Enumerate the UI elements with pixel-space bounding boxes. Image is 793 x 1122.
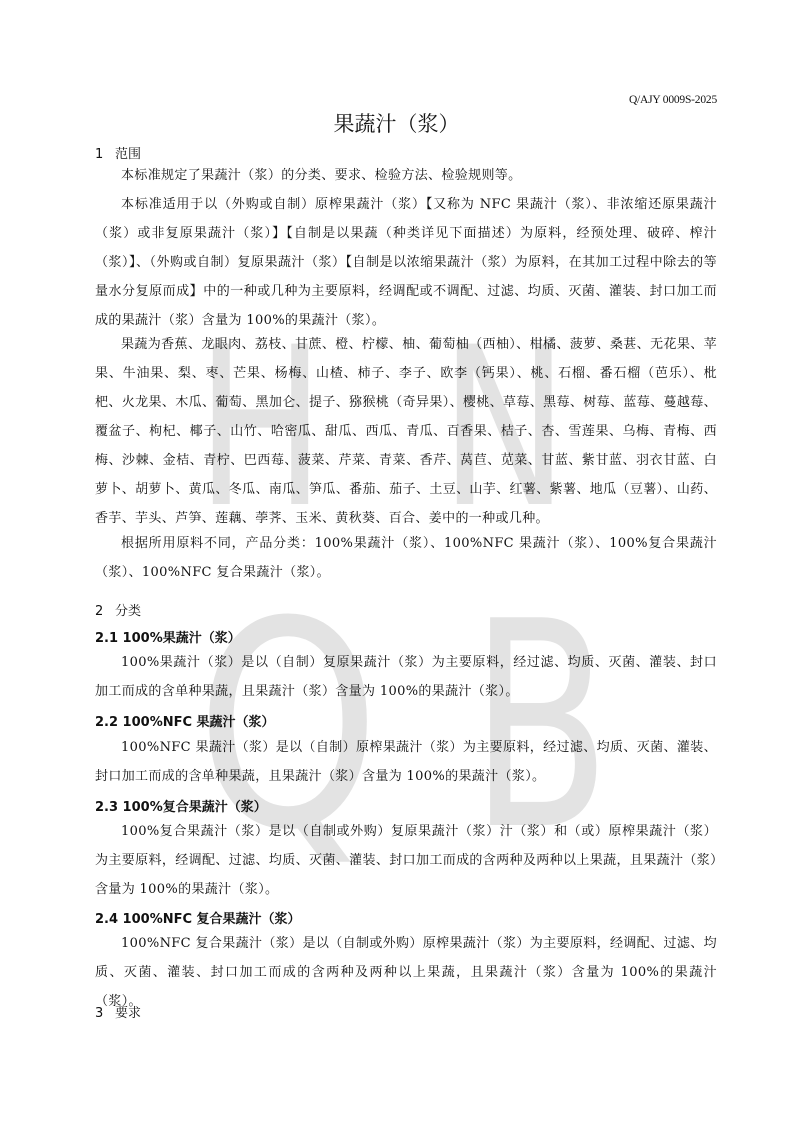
section-title: 分类 bbox=[115, 604, 141, 619]
section-1-heading: 1范围 bbox=[95, 143, 141, 162]
subsection-2-3-paragraph: 100%复合果蔬汁（浆）是以（自制或外购）复原果蔬汁（浆）汁（浆）和（或）原榨果… bbox=[95, 817, 717, 904]
section-number: 3 bbox=[95, 1006, 115, 1021]
subsection-2-2-heading: 2.2 100%NFC 果蔬汁（浆） bbox=[95, 711, 275, 730]
subsection-2-4-heading: 2.4 100%NFC 复合果蔬汁（浆） bbox=[95, 908, 301, 927]
standard-code: Q/AJY 0009S-2025 bbox=[629, 94, 717, 106]
subsection-2-3-heading: 2.3 100%复合果蔬汁（浆） bbox=[95, 796, 267, 815]
scope-paragraph-1: 本标准规定了果蔬汁（浆）的分类、要求、检验方法、检验规则等。 bbox=[95, 161, 717, 190]
scope-paragraph-fruits-vegetables: 果蔬为香蕉、龙眼肉、荔枝、甘蔗、橙、柠檬、柚、葡萄柚（西柚）、柑橘、菠萝、桑葚、… bbox=[95, 330, 717, 533]
section-2-heading: 2分类 bbox=[95, 600, 141, 619]
document-title: 果蔬汁（浆） bbox=[0, 108, 793, 138]
subsection-2-2-paragraph: 100%NFC 果蔬汁（浆）是以（自制）原榨果蔬汁（浆）为主要原料，经过滤、均质… bbox=[95, 733, 717, 791]
scope-paragraph-classification: 根据所用原料不同，产品分类：100%果蔬汁（浆）、100%NFC 果蔬汁（浆）、… bbox=[95, 529, 717, 587]
document-page: Q/AJY 0009S-2025 果蔬汁（浆） 1范围 本标准规定了果蔬汁（浆）… bbox=[0, 0, 793, 1122]
subsection-2-1-heading: 2.1 100%果蔬汁（浆） bbox=[95, 627, 241, 646]
section-3-heading: 3要求 bbox=[95, 1002, 141, 1021]
subsection-2-4-paragraph: 100%NFC 复合果蔬汁（浆）是以（自制或外购）原榨果蔬汁（浆）为主要原料，经… bbox=[95, 929, 717, 1016]
section-title: 范围 bbox=[115, 147, 141, 162]
section-number: 1 bbox=[95, 147, 115, 162]
section-number: 2 bbox=[95, 604, 115, 619]
scope-paragraph-2: 本标准适用于以（外购或自制）原榨果蔬汁（浆）【又称为 NFC 果蔬汁（浆）、非浓… bbox=[95, 190, 717, 335]
subsection-2-1-paragraph: 100%果蔬汁（浆）是以（自制）复原果蔬汁（浆）为主要原料，经过滤、均质、灭菌、… bbox=[95, 648, 717, 706]
section-title: 要求 bbox=[115, 1006, 141, 1021]
